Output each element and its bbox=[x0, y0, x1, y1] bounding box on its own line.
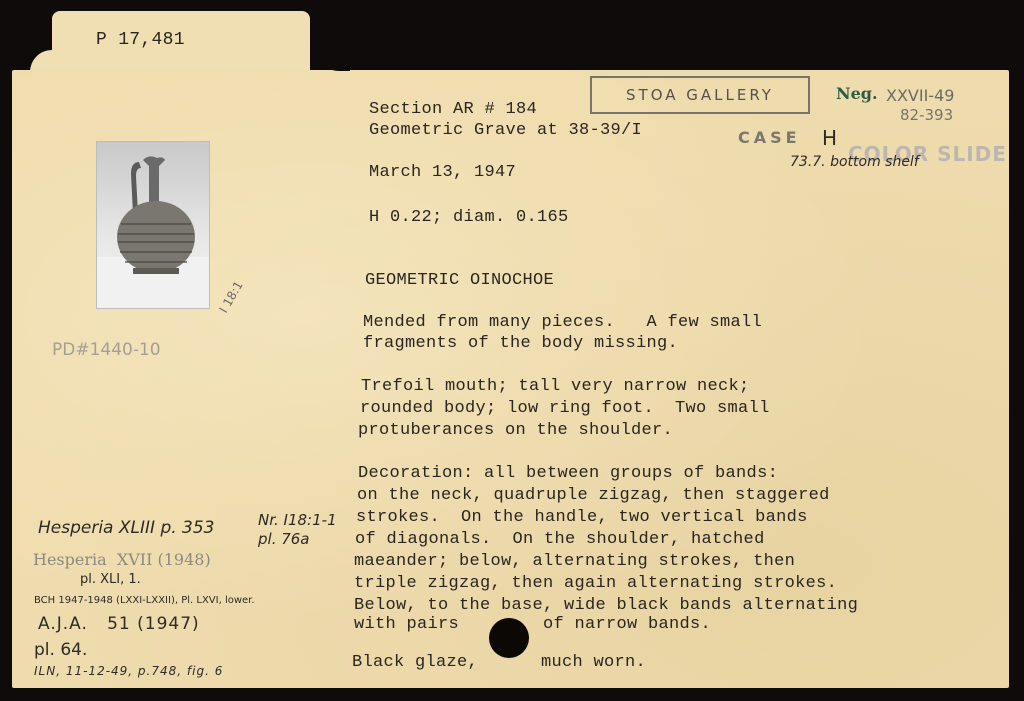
decoration-line-7: Below, to the base, wide black bands alt… bbox=[354, 595, 858, 616]
condition-line-1: Mended from many pieces. A few small bbox=[363, 312, 762, 333]
ref-plate-xli: pl. XLI, 1. bbox=[80, 572, 141, 587]
dimensions-line: H 0.22; diam. 0.165 bbox=[369, 207, 569, 228]
condition-line-2: fragments of the body missing. bbox=[363, 333, 678, 354]
case-label: CASE bbox=[738, 128, 801, 147]
description-line-2: rounded body; low ring foot. Two small bbox=[360, 398, 770, 419]
object-photo bbox=[96, 141, 210, 309]
neg-label: Neg. bbox=[836, 84, 878, 103]
card-tab-notch bbox=[310, 11, 350, 71]
ref-hesperia-xvii: Hesperia XVII (1948) bbox=[33, 550, 211, 569]
case-crossed-number: H bbox=[822, 126, 837, 150]
decoration-line-5: maeander; below, alternating strokes, th… bbox=[354, 551, 795, 572]
findspot-line: Geometric Grave at 38-39/I bbox=[369, 120, 642, 141]
decoration-line-3: strokes. On the handle, two vertical ban… bbox=[356, 507, 808, 528]
decoration-line-4: of diagonals. On the shoulder, hatched bbox=[355, 529, 765, 550]
ref-aja: A.J.A. 51 (1947) bbox=[38, 614, 200, 634]
decoration-line-8: with pairs of narrow bands. bbox=[354, 614, 711, 635]
ref-hesperia-xliii: Hesperia XLIII p. 353 bbox=[38, 518, 215, 538]
neg-number-1: XXVII-49 bbox=[886, 86, 954, 105]
date-line: March 13, 1947 bbox=[369, 162, 516, 183]
ref-nr: Nr. I18:1-1 bbox=[258, 511, 337, 529]
description-line-3: protuberances on the shoulder. bbox=[358, 420, 673, 441]
decoration-line-2: on the neck, quadruple zigzag, then stag… bbox=[357, 485, 830, 506]
decoration-line-6: triple zigzag, then again alternating st… bbox=[354, 573, 837, 594]
ref-bch: BCH 1947-1948 (LXXI-LXXII), Pl. LXVI, lo… bbox=[34, 595, 255, 606]
stoa-gallery-stamp: STOA GALLERY bbox=[590, 76, 810, 114]
ref-plate-76a: pl. 76a bbox=[258, 530, 310, 548]
description-line-1: Trefoil mouth; tall very narrow neck; bbox=[361, 376, 750, 397]
decoration-line-1: Decoration: all between groups of bands: bbox=[358, 463, 778, 484]
neg-number-2: 82-393 bbox=[900, 106, 953, 124]
ref-iln: ILN, 11-12-49, p.748, fig. 6 bbox=[34, 664, 223, 678]
oinochoe-image bbox=[97, 142, 209, 308]
catalog-number: P 17,481 bbox=[96, 30, 185, 51]
ref-aja-plate: pl. 64. bbox=[34, 640, 87, 660]
object-title: GEOMETRIC OINOCHOE bbox=[365, 270, 554, 291]
section-line: Section AR # 184 bbox=[369, 99, 537, 120]
punch-hole bbox=[489, 618, 529, 658]
pd-number: PD#1440-10 bbox=[52, 340, 161, 360]
case-location: 73.7. bottom shelf bbox=[790, 154, 919, 170]
